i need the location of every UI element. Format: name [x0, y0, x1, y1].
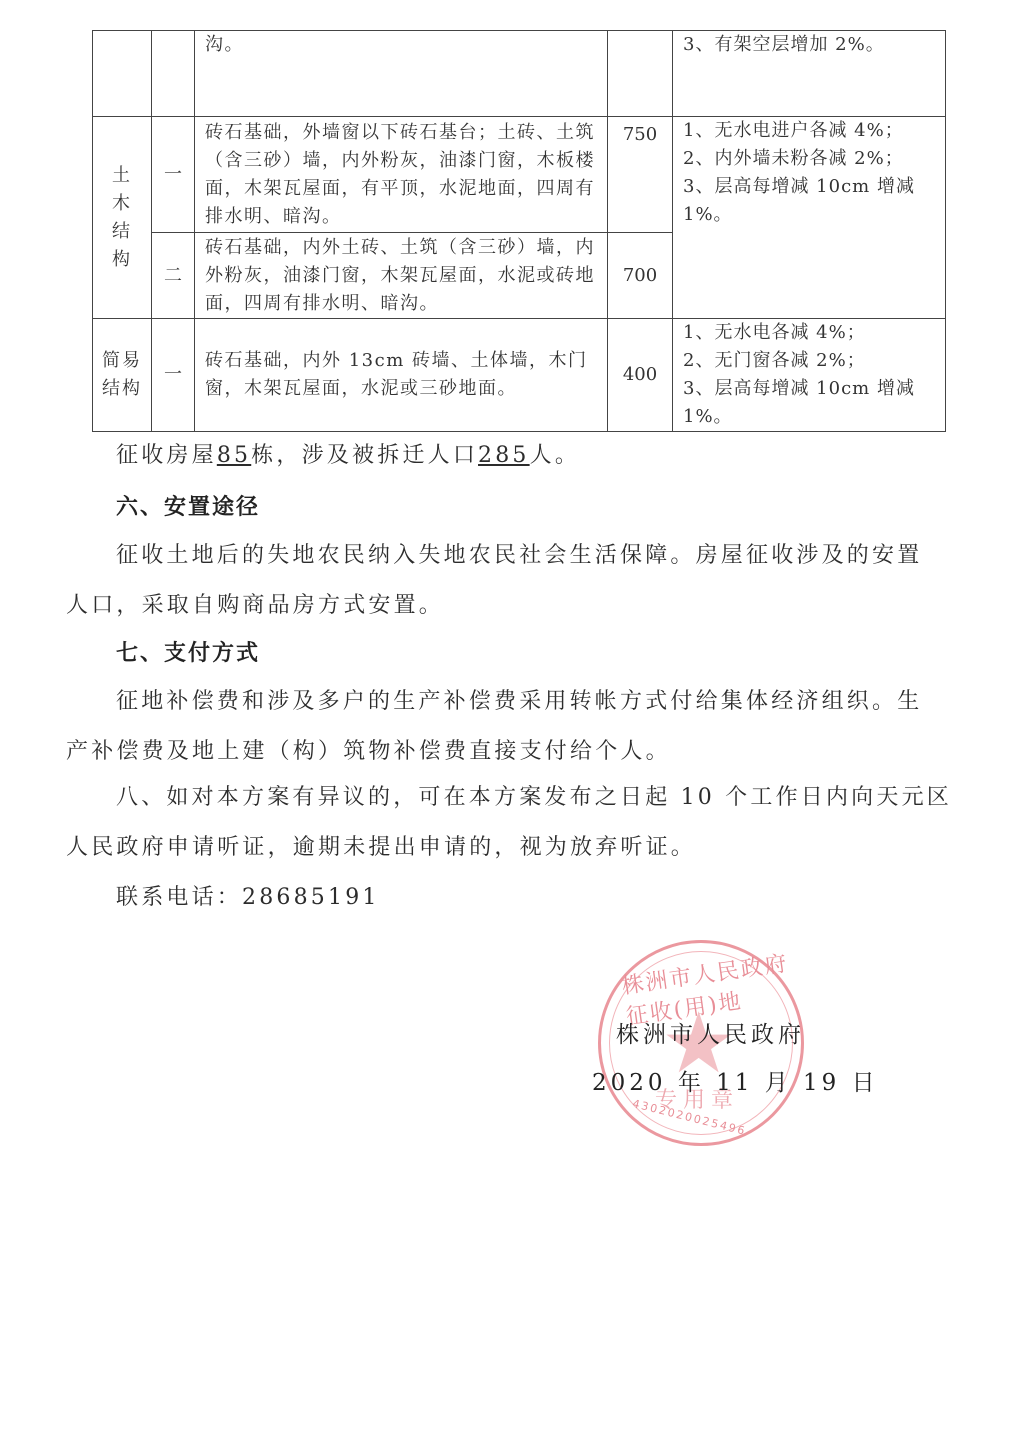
summary-prefix: 征收房屋: [116, 443, 217, 468]
adjustment-cell: 3、有架空层增加 2%。: [673, 31, 946, 117]
grade-cell: 一: [152, 117, 195, 233]
category-cell: 土木结构: [93, 117, 152, 319]
summary-mid: 栋，涉及被拆迁人口: [251, 443, 478, 468]
house-count: 85: [217, 443, 251, 468]
price-cell: 700: [608, 233, 673, 319]
adjustment-cell: 1、无水电进户各减 4%； 2、内外墙未粉各减 2%； 3、层高每增减 10cm…: [673, 117, 946, 319]
table-row: 土木结构 一 砖石基础，外墙窗以下砖石基台；土砖、土筑（含三砂）墙，内外粉灰，油…: [93, 117, 946, 233]
category-cell: [93, 31, 152, 117]
adjustment-cell: 1、无水电各减 4%； 2、无门窗各减 2%； 3、层高每增减 10cm 增减 …: [673, 319, 946, 432]
table-row: 沟。 3、有架空层增加 2%。: [93, 31, 946, 117]
section-7-text-line2: 产补偿费及地上建（构）筑物补偿费直接支付给个人。: [66, 734, 671, 765]
population-count: 285: [478, 443, 530, 468]
contact-label: 联系电话：: [116, 885, 242, 910]
summary-line: 征收房屋85栋，涉及被拆迁人口285人。: [116, 438, 580, 469]
contact-phone: 28685191: [242, 885, 380, 910]
category-label: 土木结构: [111, 162, 133, 274]
section-8-text-line1: 八、如对本方案有异议的，可在本方案发布之日起 10 个工作日内向天元区: [116, 780, 952, 811]
table-row: 简易结构 一 砖石基础，内外 13cm 砖墙、土体墙，木门窗，木架瓦屋面，水泥或…: [93, 319, 946, 432]
grade-cell: 一: [152, 319, 195, 432]
price-cell: [608, 31, 673, 117]
description-cell: 沟。: [195, 31, 608, 117]
section-6-text-line1: 征收土地后的失地农民纳入失地农民社会生活保障。房屋征收涉及的安置: [116, 538, 922, 569]
description-cell: 砖石基础，内外 13cm 砖墙、土体墙，木门窗，木架瓦屋面，水泥或三砂地面。: [195, 319, 608, 432]
signature-date: 2020 年 11 月 19 日: [592, 1064, 879, 1097]
grade-cell: 二: [152, 233, 195, 319]
category-label: 简易结构: [100, 347, 143, 403]
signature-org: 株洲市人民政府: [616, 1016, 805, 1049]
section-7-text-line1: 征地补偿费和涉及多户的生产补偿费采用转帐方式付给集体经济组织。生: [116, 684, 922, 715]
section-6-heading: 六、安置途径: [116, 490, 260, 521]
section-7-heading: 七、支付方式: [116, 636, 260, 667]
contact-line: 联系电话：28685191: [116, 880, 380, 911]
price-cell: 400: [608, 319, 673, 432]
grade-cell: [152, 31, 195, 117]
description-cell: 砖石基础，内外土砖、土筑（含三砂）墙，内外粉灰，油漆门窗，木架瓦屋面，水泥或砖地…: [195, 233, 608, 319]
category-cell: 简易结构: [93, 319, 152, 432]
compensation-standard-table: 沟。 3、有架空层增加 2%。 土木结构 一 砖石基础，外墙窗以下砖石基台；土砖…: [92, 30, 946, 432]
price-cell: 750: [608, 117, 673, 233]
section-6-text-line2: 人口，采取自购商品房方式安置。: [66, 588, 444, 619]
summary-suffix: 人。: [530, 443, 580, 468]
description-cell: 砖石基础，外墙窗以下砖石基台；土砖、土筑（含三砂）墙，内外粉灰，油漆门窗，木板楼…: [195, 117, 608, 233]
section-8-text-line2: 人民政府申请听证，逾期未提出申请的，视为放弃听证。: [66, 830, 696, 861]
